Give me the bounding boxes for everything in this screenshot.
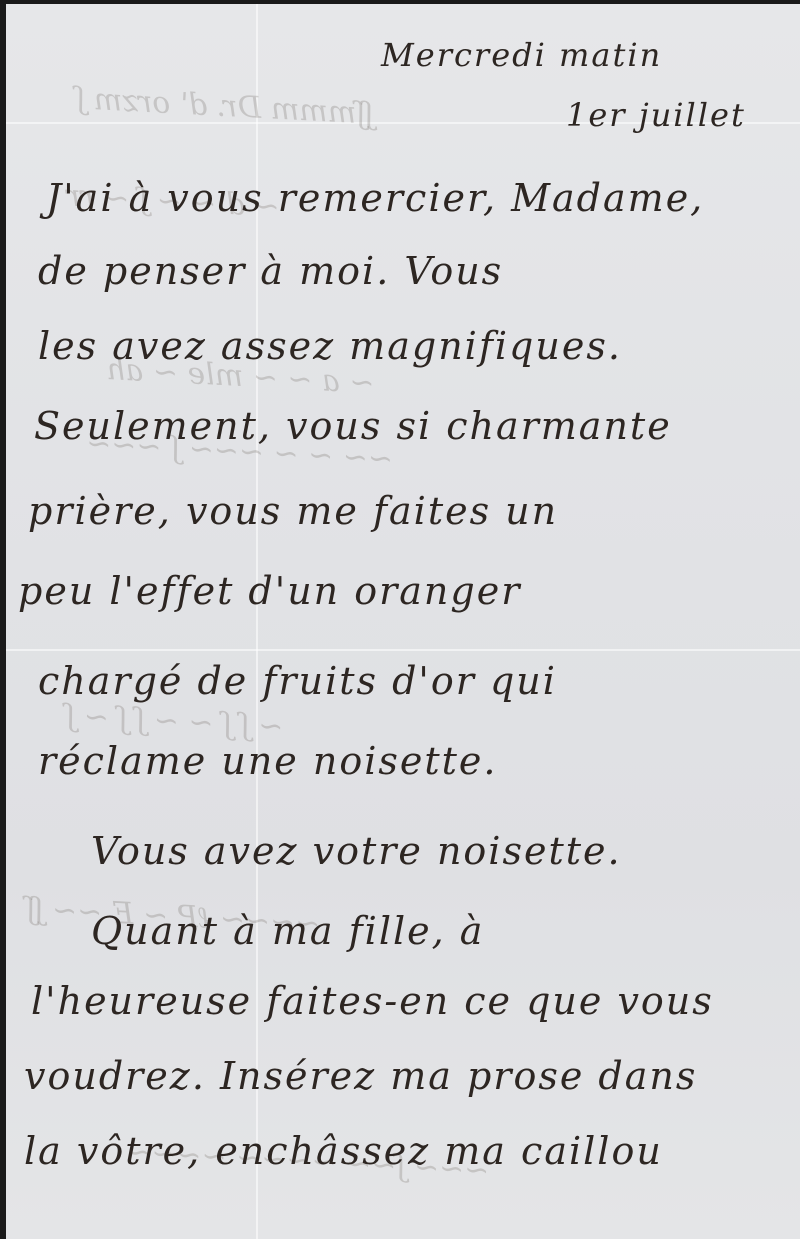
letter-date: 1er juillet xyxy=(566,96,746,134)
letter-line: peu l'effet d'un oranger xyxy=(18,569,521,613)
letter-line: chargé de fruits d'or qui xyxy=(38,659,557,703)
bleed-through-ink: ʃʃmmm Dr. d' orzm ʃ xyxy=(75,81,373,131)
letter-line: les avez assez magnifiques. xyxy=(38,324,622,368)
paper-fold xyxy=(6,649,800,651)
letter-line: Vous avez votre noisette. xyxy=(91,829,622,873)
letter-line: l'heureuse faites-en ce que vous xyxy=(31,979,714,1023)
letter-line: Quant à ma fille, à xyxy=(91,909,484,953)
bleed-through-ink: ~ ʃ ʃ ~ ~ ʃ ʃ ~ ʃ xyxy=(65,698,284,744)
letter-page: ʃʃmmm Dr. d' orzm ʃ ~ d ~ ~ ʃ ~ rr ~ a ~… xyxy=(6,4,800,1239)
letter-line: prière, vous me faites un xyxy=(28,489,558,533)
letter-line: Seulement, vous si charmante xyxy=(34,404,672,448)
letter-line: J'ai à vous remercier, Madame, xyxy=(46,176,704,220)
letter-day: Mercredi matin xyxy=(381,36,662,74)
letter-line: de penser à moi. Vous xyxy=(38,249,503,293)
letter-line: réclame une noisette. xyxy=(38,739,497,783)
letter-line: la vôtre, enchâssez ma caillou xyxy=(24,1129,663,1173)
letter-line: voudrez. Insérez ma prose dans xyxy=(24,1054,697,1098)
